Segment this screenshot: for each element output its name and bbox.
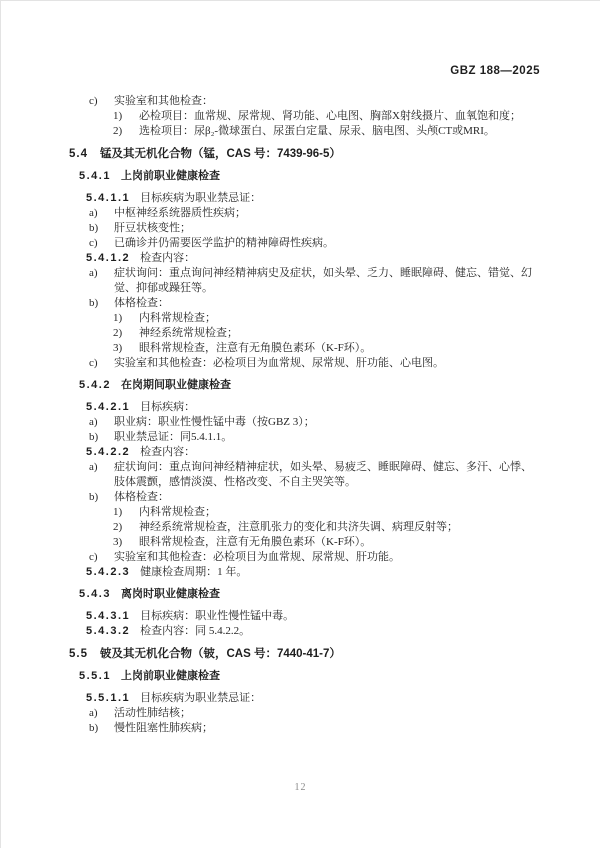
item-label: 3) bbox=[113, 341, 139, 356]
clause-text: 目标疾病： bbox=[140, 400, 542, 415]
item-text: 实验室和其他检查： bbox=[114, 94, 542, 109]
item-text: 肝豆状核变性； bbox=[114, 221, 542, 236]
item-label: c) bbox=[89, 94, 114, 109]
section-number: 5.4 bbox=[69, 147, 88, 162]
subsection-heading: 5.5.1 上岗前职业健康检查 bbox=[79, 669, 542, 684]
section-heading: 5.5 铍及其无机化合物（铍，CAS 号：7440-41-7） bbox=[69, 647, 542, 662]
list-item: a) 中枢神经系统器质性疾病； bbox=[89, 206, 542, 221]
item-label: 2) bbox=[113, 520, 139, 535]
clause-text: 目标疾病为职业禁忌证： bbox=[140, 691, 542, 706]
section-title: 上岗前职业健康检查 bbox=[121, 169, 542, 184]
page-number: 12 bbox=[1, 782, 600, 793]
item-text: 症状询问：重点询问神经精神症状，如头晕、易疲乏、睡眠障碍、健忘、多汗、心悸、肢体… bbox=[114, 460, 542, 490]
item-text: 必检项目：血常规、尿常规、肾功能、心电图、胸部X射线摄片、血氧饱和度； bbox=[139, 109, 542, 124]
clause: 5.4.1.1 目标疾病为职业禁忌证： bbox=[86, 191, 542, 206]
item-text: 已确诊并仍需要医学监护的精神障碍性疾病。 bbox=[114, 236, 542, 251]
item-label: b) bbox=[89, 296, 114, 311]
section-number: 5.4.3 bbox=[79, 587, 111, 602]
item-label: 1) bbox=[113, 505, 139, 520]
list-item: b) 职业禁忌证：同5.4.1.1。 bbox=[89, 430, 542, 445]
item-text: 症状询问：重点询问神经精神病史及症状，如头晕、乏力、睡眠障碍、健忘、错觉、幻觉、… bbox=[114, 266, 542, 296]
section-number: 5.4.1 bbox=[79, 169, 111, 184]
item-text: 神经系统常规检查； bbox=[139, 326, 542, 341]
item-text: 内科常规检查； bbox=[139, 505, 542, 520]
item-label: b) bbox=[89, 430, 114, 445]
list-item: 2) 选检项目：尿β₂-微球蛋白、尿蛋白定量、尿汞、脑电图、头颅CT或MRI。 bbox=[113, 124, 542, 139]
item-text: 选检项目：尿β₂-微球蛋白、尿蛋白定量、尿汞、脑电图、头颅CT或MRI。 bbox=[139, 124, 542, 139]
list-item: 2) 神经系统常规检查，注意肌张力的变化和共济失调、病理反射等； bbox=[113, 520, 542, 535]
item-label: b) bbox=[89, 221, 114, 236]
item-text: 活动性肺结核； bbox=[114, 706, 542, 721]
list-item: 1) 内科常规检查； bbox=[113, 505, 542, 520]
item-text: 内科常规检查； bbox=[139, 311, 542, 326]
clause-text: 目标疾病：职业性慢性锰中毒。 bbox=[140, 609, 542, 624]
document-body: c) 实验室和其他检查： 1) 必检项目：血常规、尿常规、肾功能、心电图、胸部X… bbox=[69, 94, 542, 736]
item-label: c) bbox=[89, 356, 114, 371]
clause-number: 5.4.2.3 bbox=[86, 565, 130, 580]
clause: 5.4.3.2 检查内容：同 5.4.2.2。 bbox=[86, 624, 542, 639]
item-label: 2) bbox=[113, 326, 139, 341]
item-label: a) bbox=[89, 206, 114, 221]
item-text: 职业病：职业性慢性锰中毒（按GBZ 3）； bbox=[114, 415, 542, 430]
item-label: b) bbox=[89, 490, 114, 505]
clause-text: 检查内容： bbox=[140, 445, 542, 460]
clause-number: 5.4.3.2 bbox=[86, 624, 130, 639]
item-label: b) bbox=[89, 721, 114, 736]
item-text: 眼科常规检查，注意有无角膜色素环（K-F环）。 bbox=[139, 341, 542, 356]
section-title: 铍及其无机化合物（铍，CAS 号：7440-41-7） bbox=[100, 647, 542, 662]
clause-text: 检查内容： bbox=[140, 251, 542, 266]
item-label: a) bbox=[89, 415, 114, 430]
clause-number: 5.4.2.2 bbox=[86, 445, 130, 460]
item-text: 慢性阻塞性肺疾病； bbox=[114, 721, 542, 736]
clause-number: 5.5.1.1 bbox=[86, 691, 130, 706]
section-number: 5.4.2 bbox=[79, 378, 111, 393]
item-label: c) bbox=[89, 550, 114, 565]
clause-number: 5.4.2.1 bbox=[86, 400, 130, 415]
list-item: b) 肝豆状核变性； bbox=[89, 221, 542, 236]
list-item: b) 慢性阻塞性肺疾病； bbox=[89, 721, 542, 736]
section-number: 5.5.1 bbox=[79, 669, 111, 684]
item-text: 神经系统常规检查，注意肌张力的变化和共济失调、病理反射等； bbox=[139, 520, 542, 535]
section-heading: 5.4 锰及其无机化合物（锰，CAS 号：7439-96-5） bbox=[69, 147, 542, 162]
clause-text: 目标疾病为职业禁忌证： bbox=[140, 191, 542, 206]
list-item: 1) 内科常规检查； bbox=[113, 311, 542, 326]
item-text: 实验室和其他检查：必检项目为血常规、尿常规、肝功能、心电图。 bbox=[114, 356, 542, 371]
list-item: 2) 神经系统常规检查； bbox=[113, 326, 542, 341]
clause-number: 5.4.3.1 bbox=[86, 609, 130, 624]
section-number: 5.5 bbox=[69, 647, 88, 662]
item-text: 职业禁忌证：同5.4.1.1。 bbox=[114, 430, 542, 445]
clause-text: 健康检查周期：1 年。 bbox=[140, 565, 542, 580]
document-page: GBZ 188—2025 c) 实验室和其他检查： 1) 必检项目：血常规、尿常… bbox=[0, 0, 600, 848]
list-item: c) 实验室和其他检查：必检项目为血常规、尿常规、肝功能。 bbox=[89, 550, 542, 565]
list-item: a) 症状询问：重点询问神经精神病史及症状，如头晕、乏力、睡眠障碍、健忘、错觉、… bbox=[89, 266, 542, 296]
clause: 5.4.2.1 目标疾病： bbox=[86, 400, 542, 415]
list-item: a) 症状询问：重点询问神经精神症状，如头晕、易疲乏、睡眠障碍、健忘、多汗、心悸… bbox=[89, 460, 542, 490]
standard-number-header: GBZ 188—2025 bbox=[450, 65, 540, 77]
list-item: b) 体格检查： bbox=[89, 296, 542, 311]
clause-number: 5.4.1.2 bbox=[86, 251, 130, 266]
item-text: 中枢神经系统器质性疾病； bbox=[114, 206, 542, 221]
item-label: a) bbox=[89, 706, 114, 721]
item-label: a) bbox=[89, 460, 114, 490]
list-item: 1) 必检项目：血常规、尿常规、肾功能、心电图、胸部X射线摄片、血氧饱和度； bbox=[113, 109, 542, 124]
subsection-heading: 5.4.3 离岗时职业健康检查 bbox=[79, 587, 542, 602]
item-label: 1) bbox=[113, 109, 139, 124]
section-title: 离岗时职业健康检查 bbox=[121, 587, 542, 602]
list-item: c) 已确诊并仍需要医学监护的精神障碍性疾病。 bbox=[89, 236, 542, 251]
list-item: 3) 眼科常规检查，注意有无角膜色素环（K-F环）。 bbox=[113, 535, 542, 550]
section-title: 在岗期间职业健康检查 bbox=[121, 378, 542, 393]
item-label: 3) bbox=[113, 535, 139, 550]
section-title: 锰及其无机化合物（锰，CAS 号：7439-96-5） bbox=[100, 147, 542, 162]
item-text: 体格检查： bbox=[114, 490, 542, 505]
clause: 5.4.2.2 检查内容： bbox=[86, 445, 542, 460]
list-item: a) 活动性肺结核； bbox=[89, 706, 542, 721]
item-text: 眼科常规检查，注意有无角膜色素环（K-F环）。 bbox=[139, 535, 542, 550]
item-label: 1) bbox=[113, 311, 139, 326]
item-text: 实验室和其他检查：必检项目为血常规、尿常规、肝功能。 bbox=[114, 550, 542, 565]
item-text: 体格检查： bbox=[114, 296, 542, 311]
list-item: c) 实验室和其他检查：必检项目为血常规、尿常规、肝功能、心电图。 bbox=[89, 356, 542, 371]
list-item: 3) 眼科常规检查，注意有无角膜色素环（K-F环）。 bbox=[113, 341, 542, 356]
list-item: a) 职业病：职业性慢性锰中毒（按GBZ 3）； bbox=[89, 415, 542, 430]
item-label: 2) bbox=[113, 124, 139, 139]
list-item: c) 实验室和其他检查： bbox=[89, 94, 542, 109]
clause-text: 检查内容：同 5.4.2.2。 bbox=[140, 624, 542, 639]
item-label: c) bbox=[89, 236, 114, 251]
clause-number: 5.4.1.1 bbox=[86, 191, 130, 206]
clause: 5.4.1.2 检查内容： bbox=[86, 251, 542, 266]
section-title: 上岗前职业健康检查 bbox=[121, 669, 542, 684]
clause: 5.4.2.3 健康检查周期：1 年。 bbox=[86, 565, 542, 580]
clause: 5.5.1.1 目标疾病为职业禁忌证： bbox=[86, 691, 542, 706]
clause: 5.4.3.1 目标疾病：职业性慢性锰中毒。 bbox=[86, 609, 542, 624]
subsection-heading: 5.4.2 在岗期间职业健康检查 bbox=[79, 378, 542, 393]
item-label: a) bbox=[89, 266, 114, 296]
subsection-heading: 5.4.1 上岗前职业健康检查 bbox=[79, 169, 542, 184]
list-item: b) 体格检查： bbox=[89, 490, 542, 505]
